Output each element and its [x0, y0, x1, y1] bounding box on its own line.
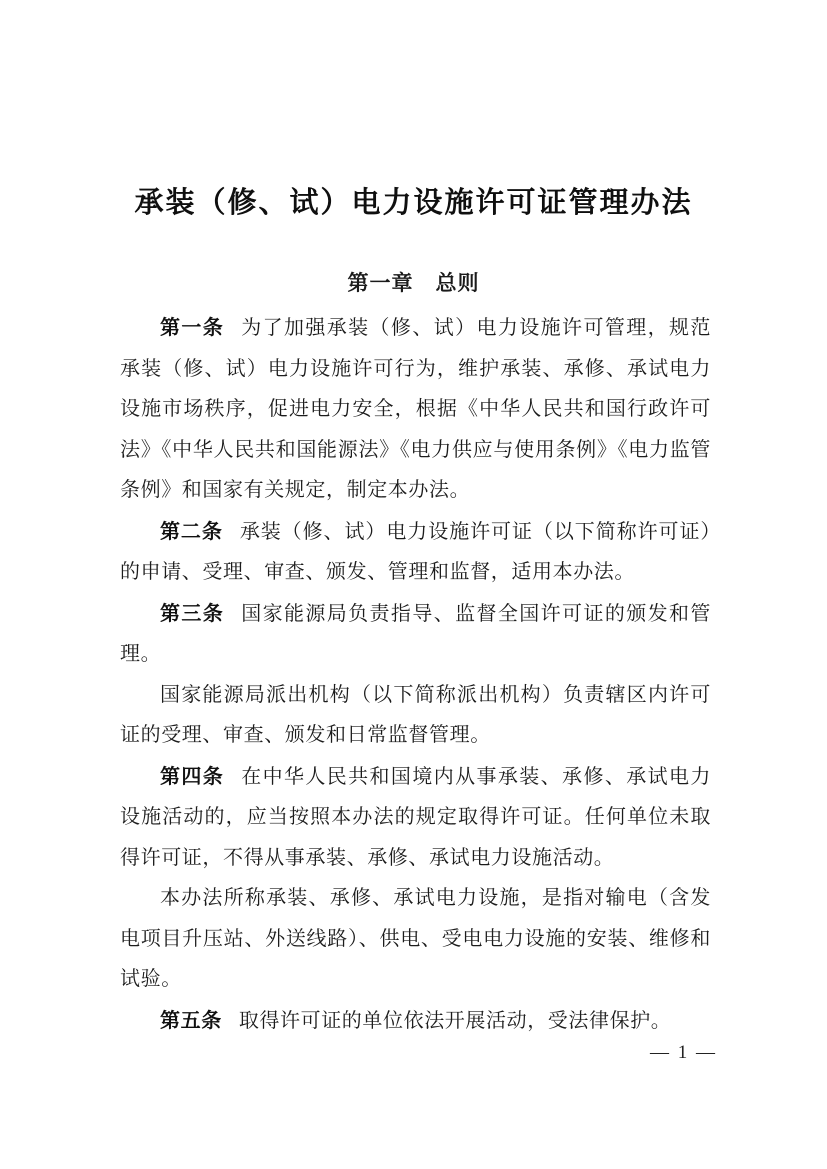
body-paragraph: 第二条承装（修、试）电力设施许可证（以下简称许可证）的申请、受理、审查、颁发、管… [120, 511, 711, 593]
body-paragraph: 第五条取得许可证的单位依法开展活动，受法律保护。 [120, 1000, 711, 1042]
chapter-heading: 第一章 总则 [0, 267, 827, 297]
document-body: 第一条为了加强承装（修、试）电力设施许可管理，规范承装（修、试）电力设施许可行为… [120, 307, 711, 1041]
body-paragraph: 第三条国家能源局负责指导、监督全国许可证的颁发和管理。 [120, 593, 711, 675]
page-number: — 1 — [650, 1042, 717, 1064]
paragraph-text: 取得许可证的单位依法开展活动，受法律保护。 [239, 1010, 672, 1032]
document-page: 承装（修、试）电力设施许可证管理办法 第一章 总则 第一条为了加强承装（修、试）… [0, 0, 827, 1169]
body-paragraph: 第四条在中华人民共和国境内从事承装、承修、承试电力设施活动的，应当按照本办法的规… [120, 756, 711, 879]
body-paragraph: 本办法所称承装、承修、承试电力设施，是指对输电（含发电项目升压站、外送线路）、供… [120, 878, 711, 1000]
paragraph-text: 国家能源局派出机构（以下简称派出机构）负责辖区内许可证的受理、审查、颁发和日常监… [120, 684, 711, 747]
article-label: 第三条 [160, 601, 224, 625]
article-label: 第二条 [160, 519, 223, 543]
paragraph-text: 为了加强承装（修、试）电力设施许可管理，规范承装（修、试）电力设施许可行为，维护… [120, 317, 711, 501]
article-label: 第五条 [160, 1008, 222, 1032]
paragraph-text: 本办法所称承装、承修、承试电力设施，是指对输电（含发电项目升压站、外送线路）、供… [120, 887, 711, 990]
article-label: 第四条 [160, 764, 224, 788]
document-title: 承装（修、试）电力设施许可证管理办法 [0, 180, 827, 221]
body-paragraph: 第一条为了加强承装（修、试）电力设施许可管理，规范承装（修、试）电力设施许可行为… [120, 307, 711, 511]
body-paragraph: 国家能源局派出机构（以下简称派出机构）负责辖区内许可证的受理、审查、颁发和日常监… [120, 675, 711, 756]
article-label: 第一条 [160, 315, 224, 339]
